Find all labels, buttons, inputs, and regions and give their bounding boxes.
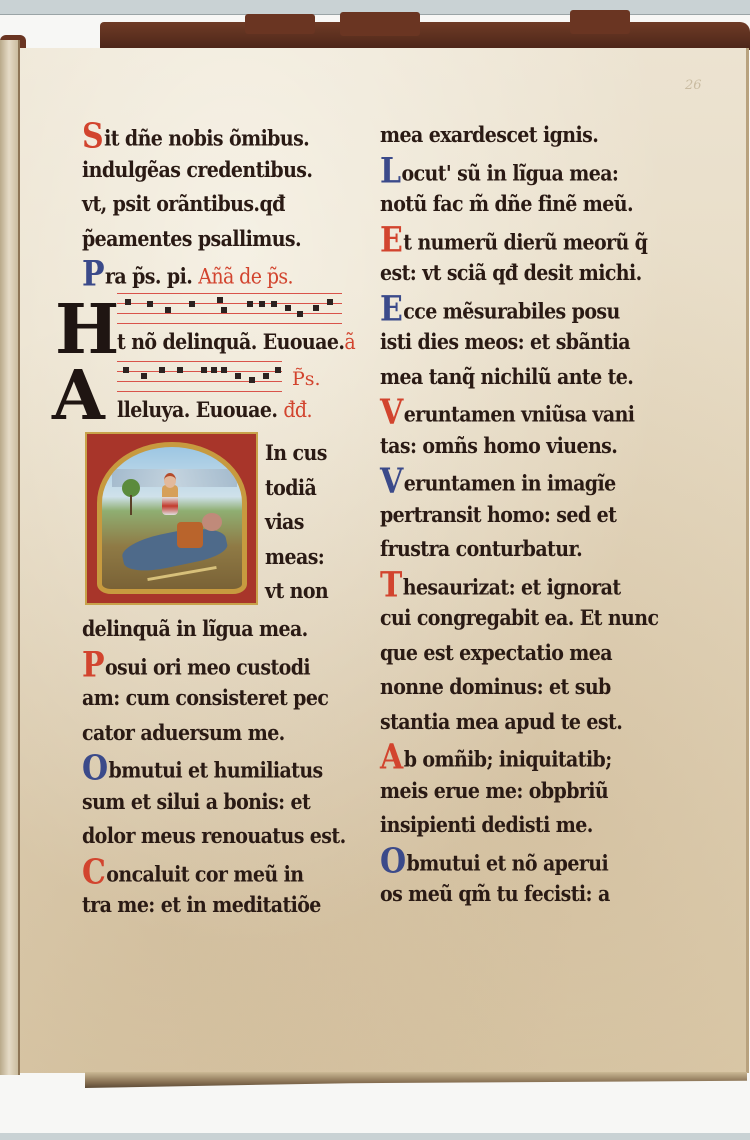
line-text: bmutui et nõ aperui <box>407 850 609 875</box>
text-line: Veruntamen in imagĩe <box>380 460 670 500</box>
line-text: vt non <box>265 578 328 603</box>
line-text: hesaurizat: et ignorat <box>403 574 621 599</box>
text-line: dolor meus renouatus est. <box>82 816 372 856</box>
folio-number: 26 <box>685 78 702 93</box>
text-line: os meũ qm̃ tu fecisti: a <box>380 874 670 914</box>
text-line: notũ fac m̃ dñe finẽ meũ. <box>380 184 670 224</box>
line-text: lleluya. Euouae. <box>117 397 277 422</box>
line-text: oncaluit cor meũ in <box>106 861 303 886</box>
prayer-line: Pra p̃s. pi. Añã de p̃s. <box>82 253 372 293</box>
goliath-armor <box>177 522 203 548</box>
line-text: eruntamen in imagĩe <box>404 471 616 496</box>
line-text: todiã <box>265 475 316 500</box>
scan-bottom-border <box>0 1133 750 1140</box>
line-text: mea tanq̃ nichilũ ante te. <box>380 364 633 389</box>
binding-fragment <box>245 14 315 34</box>
cadel-initial-a: A <box>52 356 105 436</box>
line-text: vt, psit orãntibus.qđ <box>82 191 285 216</box>
rubric-text: Añã de p̃s. <box>198 264 293 289</box>
chant-text-line: t nõ delinquã. Euouae.ã <box>117 322 372 362</box>
line-text: eruntamen vniũsa vani <box>404 402 635 427</box>
line-text: ocut' sũ in lĩgua mea: <box>402 160 619 185</box>
chant-text-line: lleluya. Euouae. đđ. <box>117 390 372 430</box>
line-text: cce mẽsurabiles posu <box>403 298 619 323</box>
text-line: Sit dñe nobis õmibus. <box>82 115 372 155</box>
line-text: os meũ qm̃ tu fecisti: a <box>380 881 610 906</box>
text-line: Ab omñib; iniquitatib; <box>380 736 670 776</box>
text-line: cui congregabit ea. Et nunc <box>380 598 670 638</box>
page-stack-edge <box>0 40 20 1075</box>
text-line: vt non <box>265 571 365 611</box>
line-text: dolor meus renouatus est. <box>82 823 346 848</box>
text-line: vias <box>265 502 365 542</box>
line-text: bmutui et humiliatus <box>109 758 323 783</box>
line-text: b omñib; iniquitatib; <box>404 747 612 772</box>
line-text: pertransit homo: sed et <box>380 502 616 527</box>
tree-trunk <box>130 495 132 515</box>
left-column-lower: delinquã in lĩgua mea. Posui ori meo cus… <box>82 612 372 923</box>
line-text: cui congregabit ea. Et nunc <box>380 605 658 630</box>
line-text: que est expectatio mea <box>380 640 612 665</box>
line-text: am: cum consisteret pec <box>82 685 328 710</box>
line-text: tas: omñs homo viuens. <box>380 433 617 458</box>
david-figure <box>162 485 178 515</box>
left-column: Sit dñe nobis õmibus. indulgẽas credenti… <box>82 118 372 428</box>
david-head <box>164 473 176 488</box>
right-column: mea exardescet ignis. Locut' sũ in lĩgua… <box>380 118 670 912</box>
line-text: meas: <box>265 544 324 569</box>
text-line: In cus <box>265 433 365 473</box>
line-text: cator aduersum me. <box>82 720 285 745</box>
line-text: indulgẽas credentibus. <box>82 157 312 182</box>
line-text: In cus <box>265 440 327 465</box>
line-text: it dñe nobis õmibus. <box>104 126 309 151</box>
text-line: am: cum consisteret pec <box>82 678 372 718</box>
line-text: isti dies meos: et sbãntia <box>380 329 630 354</box>
line-text: mea exardescet ignis. <box>380 122 598 147</box>
music-staff-1 <box>117 291 342 325</box>
line-text: delinquã in lĩgua mea. <box>82 616 308 641</box>
line-text: t numerũ dierũ meorũ q̃ <box>403 229 647 254</box>
line-text: sum et silui a bonis: et <box>82 789 310 814</box>
line-text: t nõ delinquã. Euouae. <box>117 329 344 354</box>
line-text: nonne dominus: et sub <box>380 674 611 699</box>
binding-fragment <box>340 12 420 36</box>
text-line: isti dies meos: et sbãntia <box>380 322 670 362</box>
text-line: nonne dominus: et sub <box>380 667 670 707</box>
line-text: meis erue me: obpbriũ <box>380 778 608 803</box>
miniature-scene <box>97 442 247 594</box>
text-line: Veruntamen vniũsa vani <box>380 391 670 431</box>
text-line: delinquã in lĩgua mea. <box>82 609 372 649</box>
line-text: p̃eamentes psallimus. <box>82 226 301 251</box>
text-line: tra me: et in meditatiõe <box>82 885 372 925</box>
text-line: insipienti dedisti me. <box>380 805 670 845</box>
rubric-text: đđ. <box>283 397 312 422</box>
music-staff-2 <box>117 359 282 393</box>
text-line: frustra conturbatur. <box>380 529 670 569</box>
line-text: insipienti dedisti me. <box>380 812 593 837</box>
line-text: ra p̃s. pi. <box>105 264 192 289</box>
goliath-head <box>202 513 222 531</box>
line-text: vias <box>265 509 304 534</box>
line-text: notũ fac m̃ dñe finẽ meũ. <box>380 191 633 216</box>
line-text: osui ori meo custodi <box>105 654 310 679</box>
historiated-initial-david-goliath <box>85 432 258 605</box>
text-line: mea exardescet ignis. <box>380 115 670 155</box>
line-text: est: vt sciã qđ desit michi. <box>380 260 642 285</box>
line-text: tra me: et in meditatiõe <box>82 892 321 917</box>
text-line: Obmutui et humiliatus <box>82 747 372 787</box>
leather-binding-top <box>100 22 750 50</box>
text-line: est: vt sciã qđ desit michi. <box>380 253 670 293</box>
text-line: vt, psit orãntibus.qđ <box>82 184 372 224</box>
binding-fragment <box>570 10 630 34</box>
line-text: stantia mea apud te est. <box>380 709 622 734</box>
text-beside-miniature: In cus todiã vias meas: vt non <box>265 436 365 609</box>
page-bottom-edge <box>85 1072 747 1088</box>
rubric-text: ã <box>344 329 355 354</box>
line-text: frustra conturbatur. <box>380 536 582 561</box>
psalm-rubric: P̃s. <box>292 368 321 390</box>
